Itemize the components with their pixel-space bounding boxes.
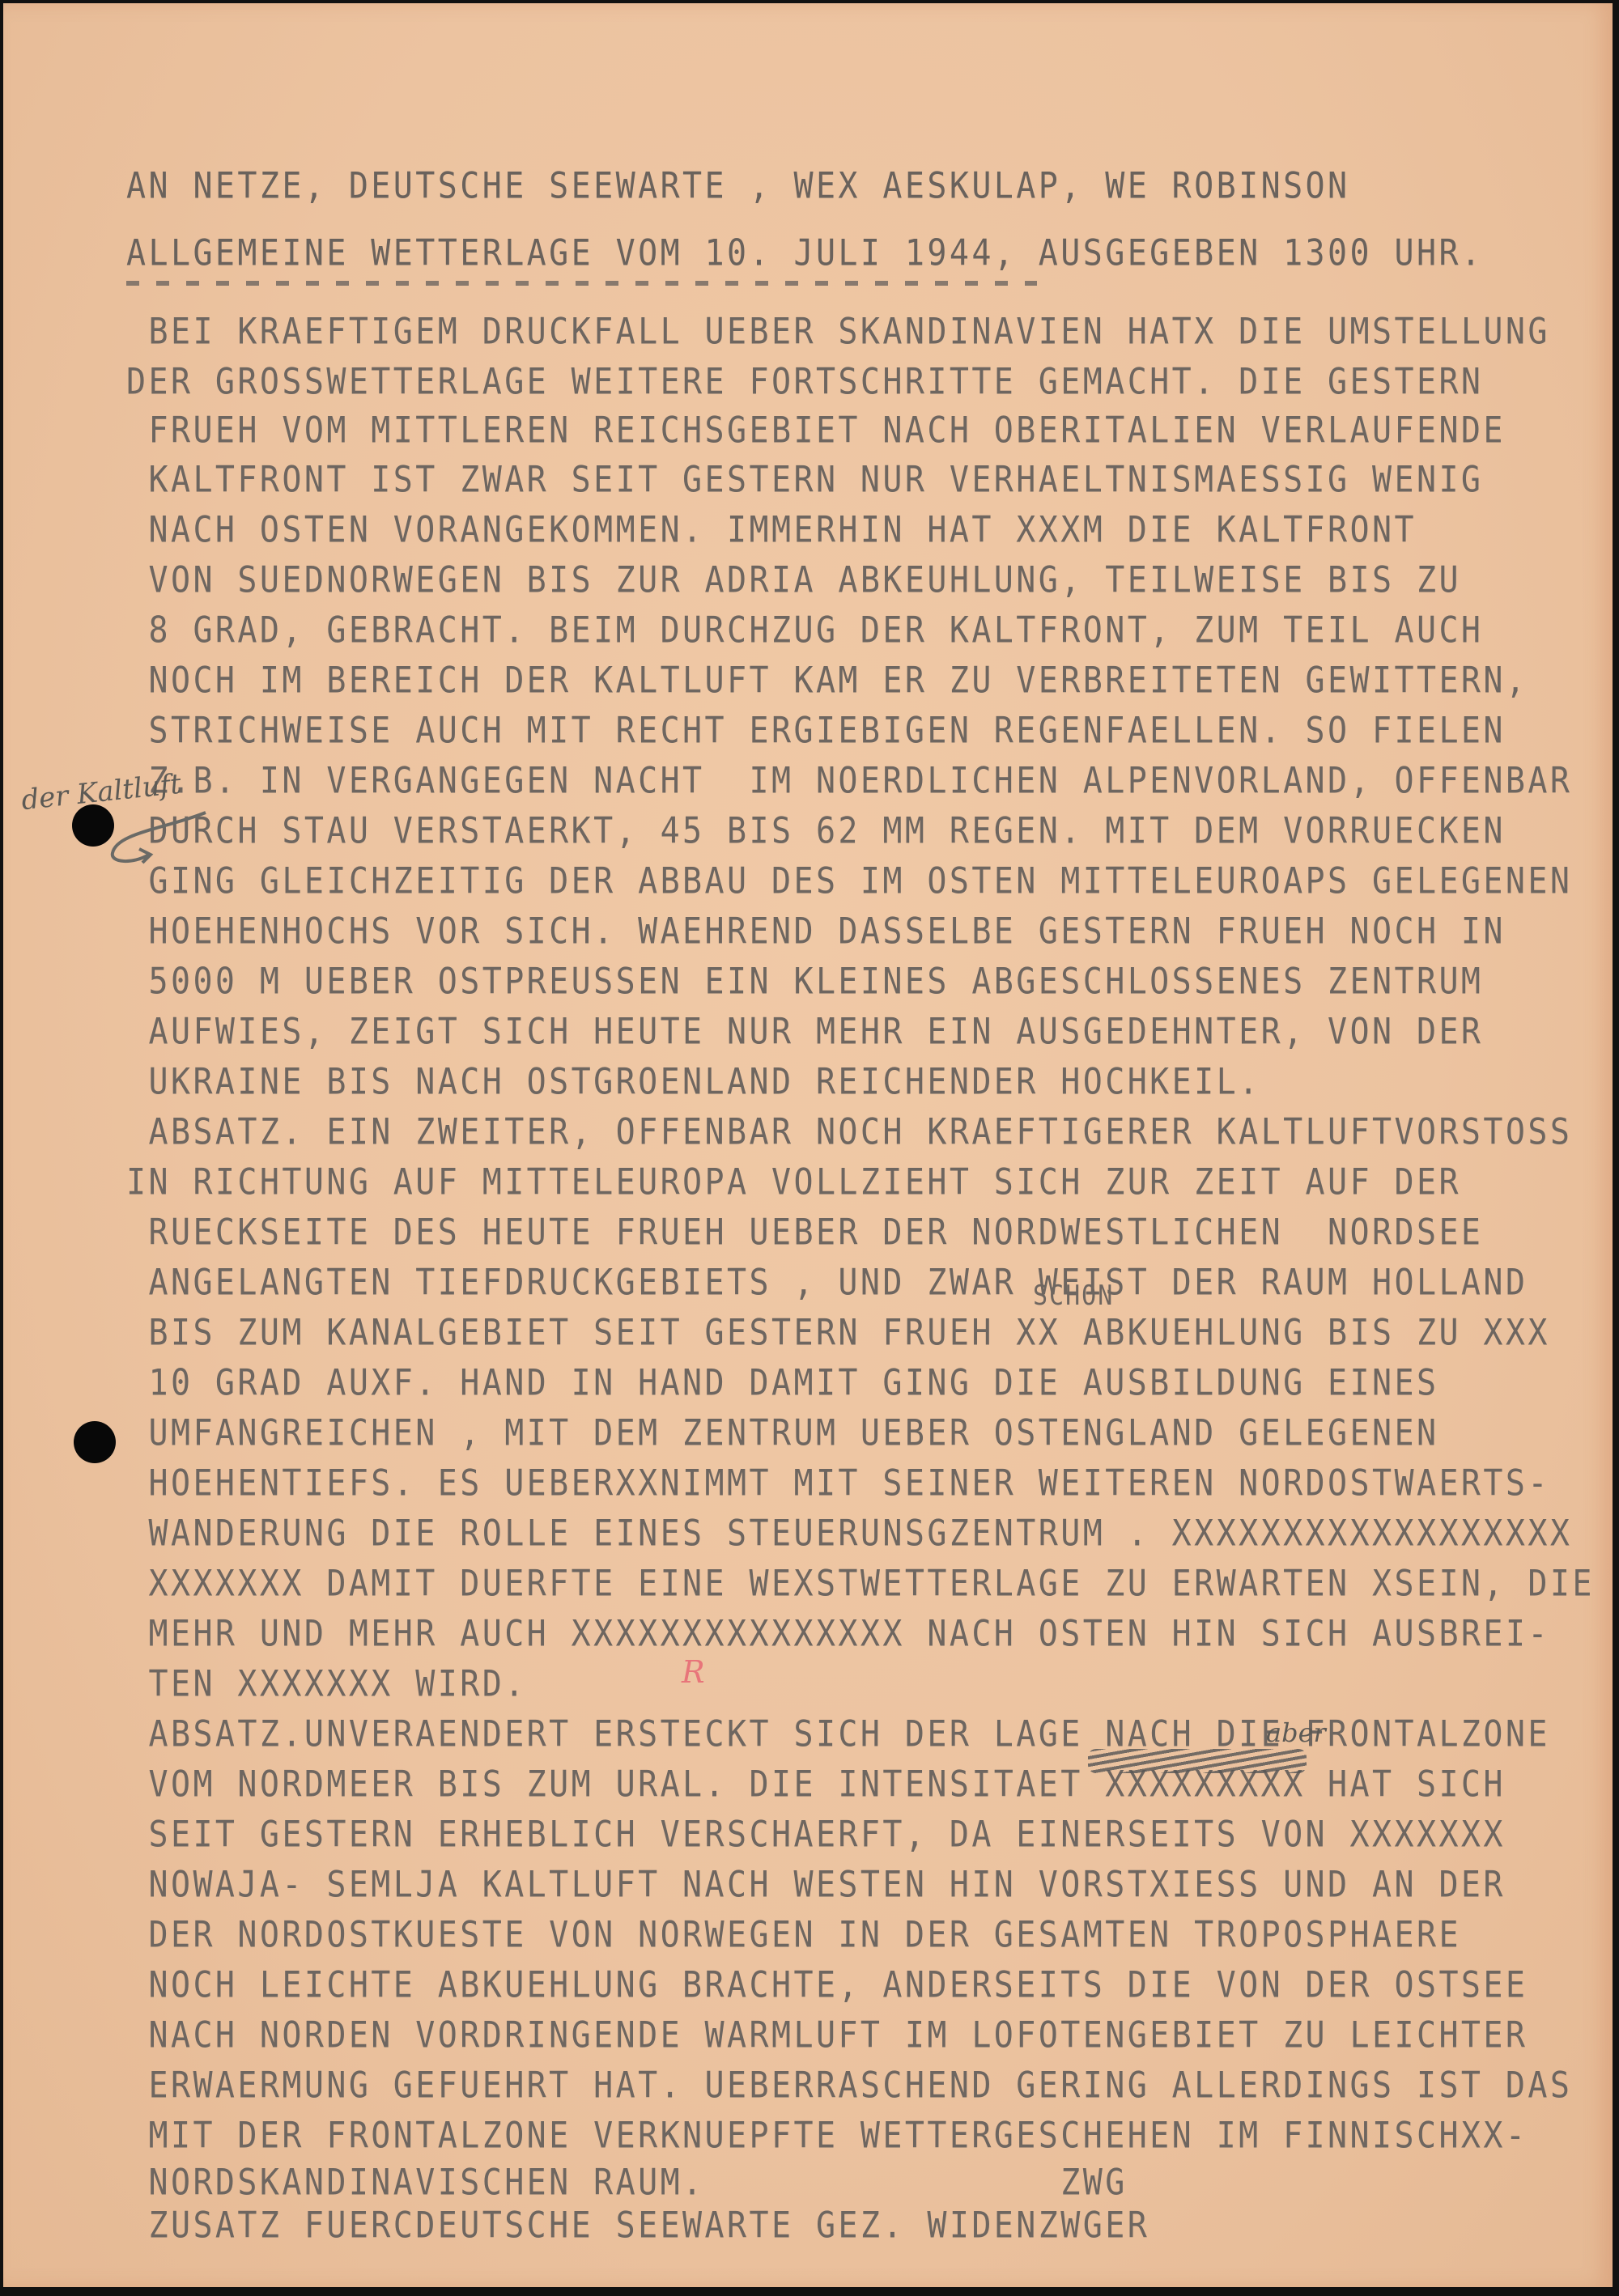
body-line: XXXXXXX DAMIT DUERFTE EINE WEXSTWETTERLA… <box>126 1563 1595 1605</box>
body-line: DURCH STAU VERSTAERKT, 45 BIS 62 MM REGE… <box>126 810 1506 852</box>
punch-hole-bottom <box>74 1421 116 1463</box>
body-line: NACH OSTEN VORANGEKOMMEN. IMMERHIN HAT X… <box>126 509 1417 551</box>
body-line: UKRAINE BIS NACH OSTGROENLAND REICHENDER… <box>126 1061 1261 1103</box>
body-line: VON SUEDNORWEGEN BIS ZUR ADRIA ABKEUHLUN… <box>126 559 1461 601</box>
body-line: NOCH LEICHTE ABKUEHLUNG BRACHTE, ANDERSE… <box>126 1964 1528 2006</box>
body-line: IN RICHTUNG AUF MITTELEUROPA VOLLZIEHT S… <box>126 1161 1461 1203</box>
body-line: HOEHENHOCHS VOR SICH. WAEHREND DASSELBE … <box>126 910 1506 953</box>
body-line: 10 GRAD AUXF. HAND IN HAND DAMIT GING DI… <box>126 1362 1438 1404</box>
body-line: NACH NORDEN VORDRINGENDE WARMLUFT IM LOF… <box>126 2014 1528 2056</box>
body-line: BIS ZUM KANALGEBIET SEIT GESTERN FRUEH X… <box>126 1312 1550 1354</box>
struck-out-word <box>1088 1749 1307 1773</box>
body-line: FRUEH VOM MITTLEREN REICHSGEBIET NACH OB… <box>126 410 1506 452</box>
body-line: WANDERUNG DIE ROLLE EINES STEUERUNSGZENT… <box>126 1513 1572 1555</box>
body-line: MIT DER FRONTALZONE VERKNUEPFTE WETTERGE… <box>126 2115 1528 2157</box>
body-line: ERWAERMUNG GEFUEHRT HAT. UEBERRASCHEND G… <box>126 2065 1572 2107</box>
document-title: ALLGEMEINE WETTERLAGE VOM 10. JULI 1944,… <box>126 232 1483 274</box>
body-line: BEI KRAEFTIGEM DRUCKFALL UEBER SKANDINAV… <box>126 311 1550 353</box>
body-line: RUECKSEITE DES HEUTE FRUEH UEBER DER NOR… <box>126 1212 1483 1254</box>
body-line: ANGELANGTEN TIEFDRUCKGEBIETS , UND ZWAR … <box>126 1262 1528 1304</box>
body-line: MEHR UND MEHR AUCH XXXXXXXXXXXXXXX NACH … <box>126 1613 1550 1655</box>
body-line: DER NORDOSTKUESTE VON NORWEGEN IN DER GE… <box>126 1914 1461 1956</box>
body-line: 5000 M UEBER OSTPREUSSEN EIN KLEINES ABG… <box>126 961 1483 1003</box>
handwritten-correction: aber <box>1266 1717 1326 1748</box>
document-page: AN NETZE, DEUTSCHE SEEWARTE , WEX AESKUL… <box>3 3 1613 2287</box>
body-line: DER GROSSWETTERLAGE WEITERE FORTSCHRITTE… <box>126 361 1483 403</box>
body-line: 8 GRAD, GEBRACHT. BEIM DURCHZUG DER KALT… <box>126 609 1483 651</box>
address-line: AN NETZE, DEUTSCHE SEEWARTE , WEX AESKUL… <box>126 165 1350 207</box>
body-line: ABSATZ. EIN ZWEITER, OFFENBAR NOCH KRAEF… <box>126 1111 1572 1153</box>
typed-insertion-schon: SCHON <box>1033 1280 1114 1312</box>
red-correction-mark: R <box>682 1654 705 1690</box>
body-line: SEIT GESTERN ERHEBLICH VERSCHAERFT, DA E… <box>126 1814 1506 1856</box>
body-line: GING GLEICHZEITIG DER ABBAU DES IM OSTEN… <box>126 860 1572 902</box>
body-line: NOWAJA- SEMLJA KALTLUFT NACH WESTEN HIN … <box>126 1864 1506 1906</box>
body-line: AUFWIES, ZEIGT SICH HEUTE NUR MEHR EIN A… <box>126 1011 1483 1053</box>
body-line: ABSATZ.UNVERAENDERT ERSTECKT SICH DER LA… <box>126 1713 1550 1755</box>
body-line: TEN XXXXXXX WIRD. <box>126 1663 527 1705</box>
body-line: STRICHWEISE AUCH MIT RECHT ERGIEBIGEN RE… <box>126 710 1506 752</box>
margin-arrow-icon <box>68 804 214 869</box>
body-line: NORDSKANDINAVISCHEN RAUM. ZWG <box>126 2162 1128 2204</box>
body-line: ZUSATZ FUERCDEUTSCHE SEEWARTE GEZ. WIDEN… <box>126 2205 1149 2247</box>
body-line: KALTFRONT IST ZWAR SEIT GESTERN NUR VERH… <box>126 459 1483 501</box>
title-underline <box>126 281 1037 286</box>
body-line: NOCH IM BEREICH DER KALTLUFT KAM ER ZU V… <box>126 660 1528 702</box>
body-line: UMFANGREICHEN , MIT DEM ZENTRUM UEBER OS… <box>126 1412 1438 1454</box>
body-line: Z.B. IN VERGANGEGEN NACHT IM NOERDLICHEN… <box>126 760 1572 802</box>
body-line: HOEHENTIEFS. ES UEBERXXNIMMT MIT SEINER … <box>126 1462 1550 1504</box>
